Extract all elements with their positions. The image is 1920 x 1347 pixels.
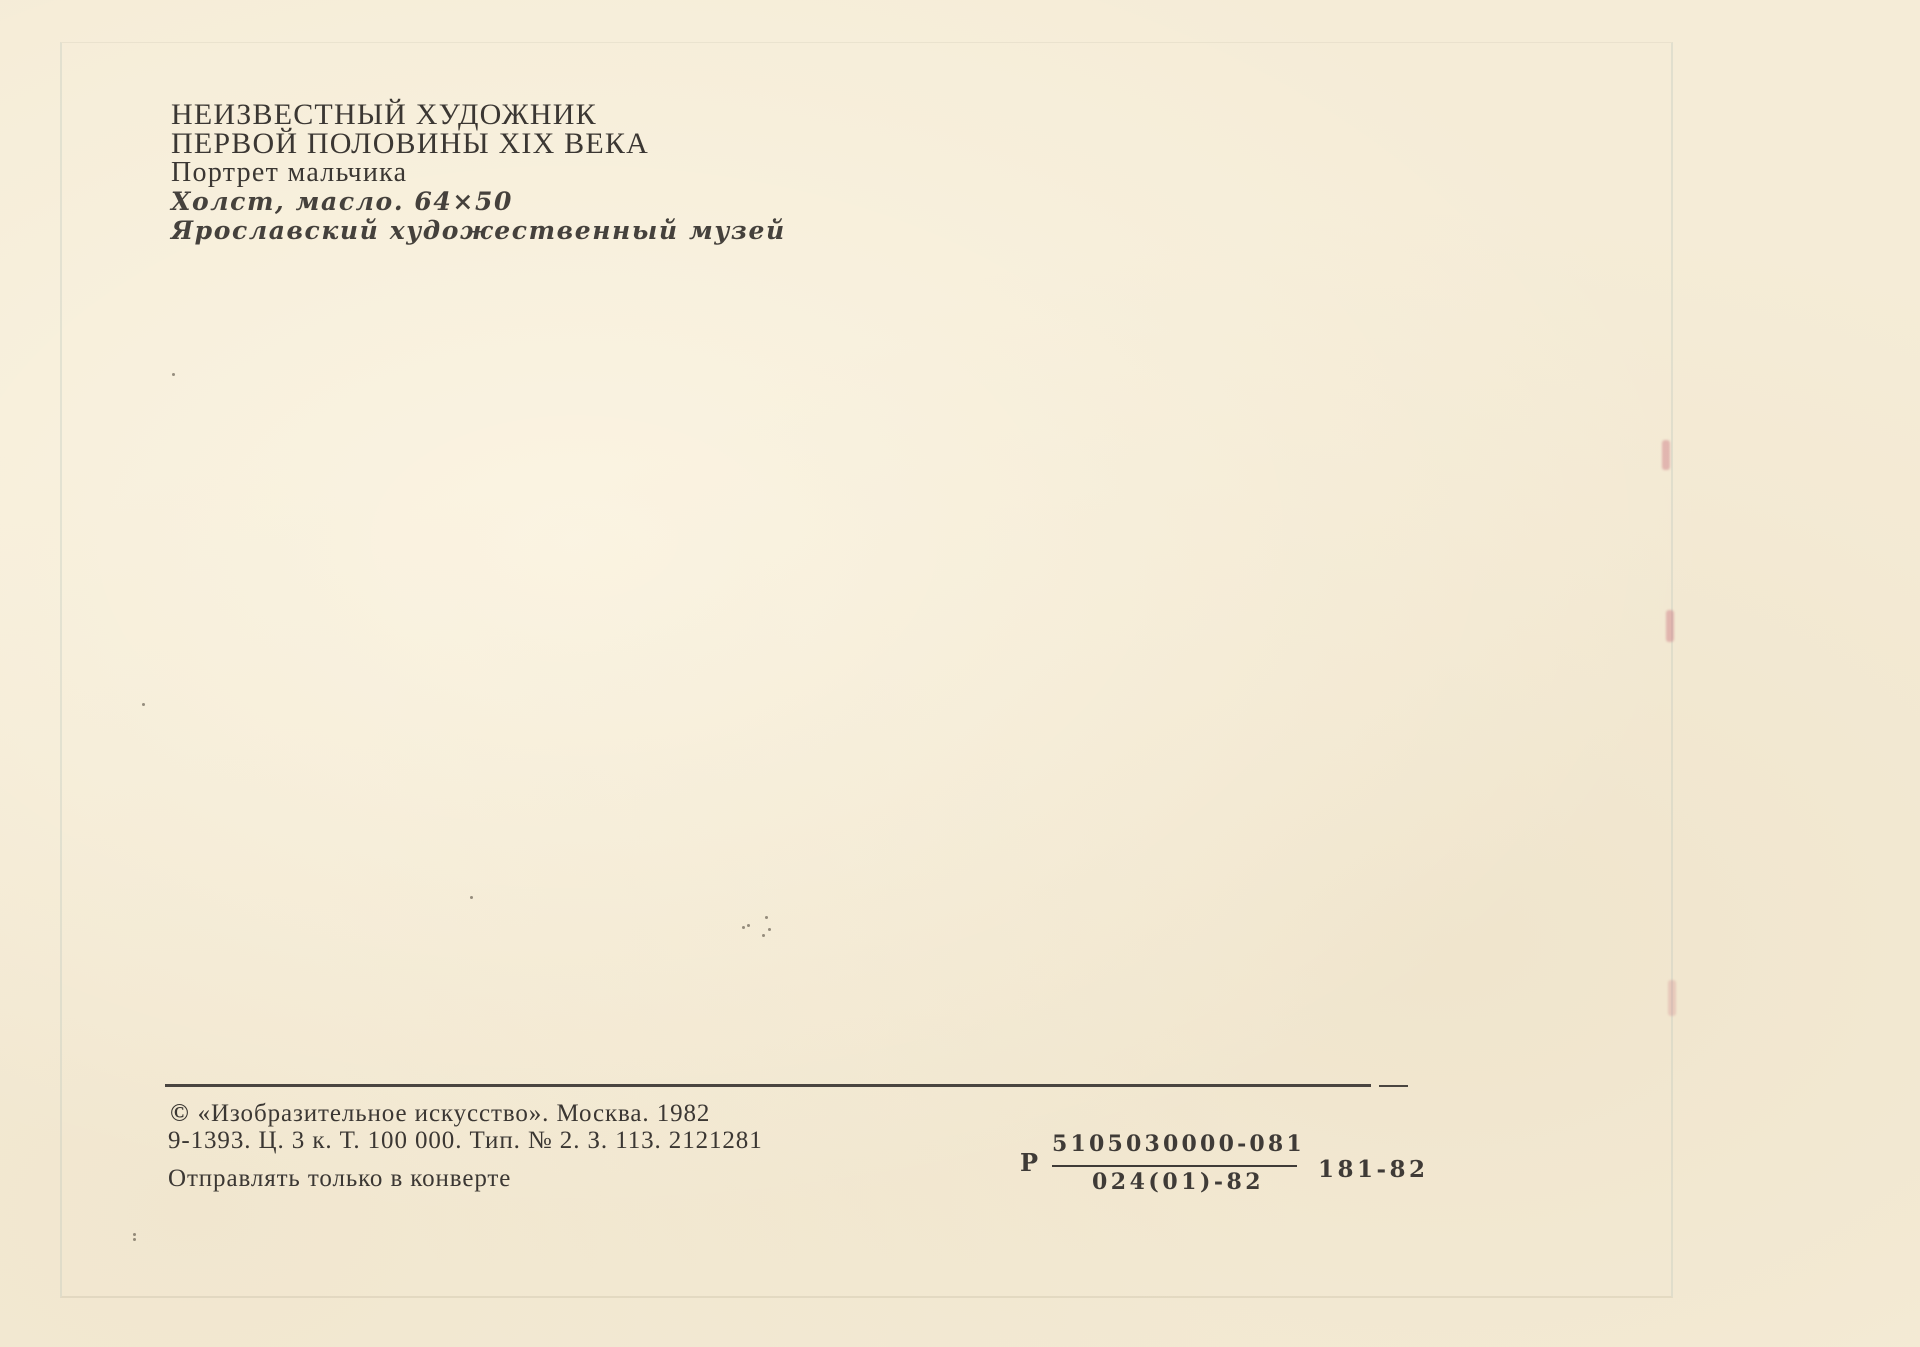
paper-speck: [768, 928, 771, 931]
artist-name-line1: НЕИЗВЕСТНЫЙ ХУДОЖНИК: [171, 100, 786, 129]
copyright-icon: ©: [170, 1100, 190, 1127]
artwork-title: Портрет мальчика: [171, 158, 786, 187]
index-denominator: 024(01)-82: [1092, 1167, 1308, 1197]
footer-divider-tail: [1379, 1085, 1408, 1087]
artist-name-line2: ПЕРВОЙ ПОЛОВИНЫ XIX ВЕКА: [171, 129, 786, 158]
artwork-medium: Холст, масло. 64×50: [171, 187, 786, 216]
paper-speck: [765, 916, 768, 919]
index-numerator: 5105030000-081: [1052, 1128, 1308, 1160]
paper-speck: [762, 934, 765, 937]
paper-speck: [142, 703, 145, 706]
artwork-caption: НЕИЗВЕСТНЫЙ ХУДОЖНИК ПЕРВОЙ ПОЛОВИНЫ XIX…: [171, 100, 786, 245]
paper-speck: [742, 926, 745, 929]
artwork-collection: Ярославский художественный музей: [171, 216, 786, 245]
mailing-note: Отправлять только в конверте: [168, 1165, 511, 1193]
paper-speck: [133, 1233, 136, 1236]
red-ink-mark: [1668, 980, 1676, 1016]
paper-speck: [470, 896, 473, 899]
red-ink-mark: [1666, 610, 1674, 642]
red-ink-mark: [1662, 440, 1670, 470]
paper-speck: [172, 373, 175, 376]
footer-divider: [165, 1084, 1371, 1087]
publisher-text: «Изобразительное искусство». Москва. 198…: [198, 1100, 711, 1127]
index-prefix: Р: [1020, 1148, 1038, 1177]
index-code: 181-82: [1318, 1156, 1429, 1183]
publisher-line: ©«Изобразительное искусство». Москва. 19…: [170, 1100, 710, 1128]
paper-speck: [747, 924, 750, 927]
index-fraction: 5105030000-081 024(01)-82: [1052, 1128, 1308, 1197]
print-details: 9-1393. Ц. 3 к. Т. 100 000. Тип. № 2. З.…: [168, 1127, 763, 1155]
paper-speck: [133, 1238, 136, 1241]
